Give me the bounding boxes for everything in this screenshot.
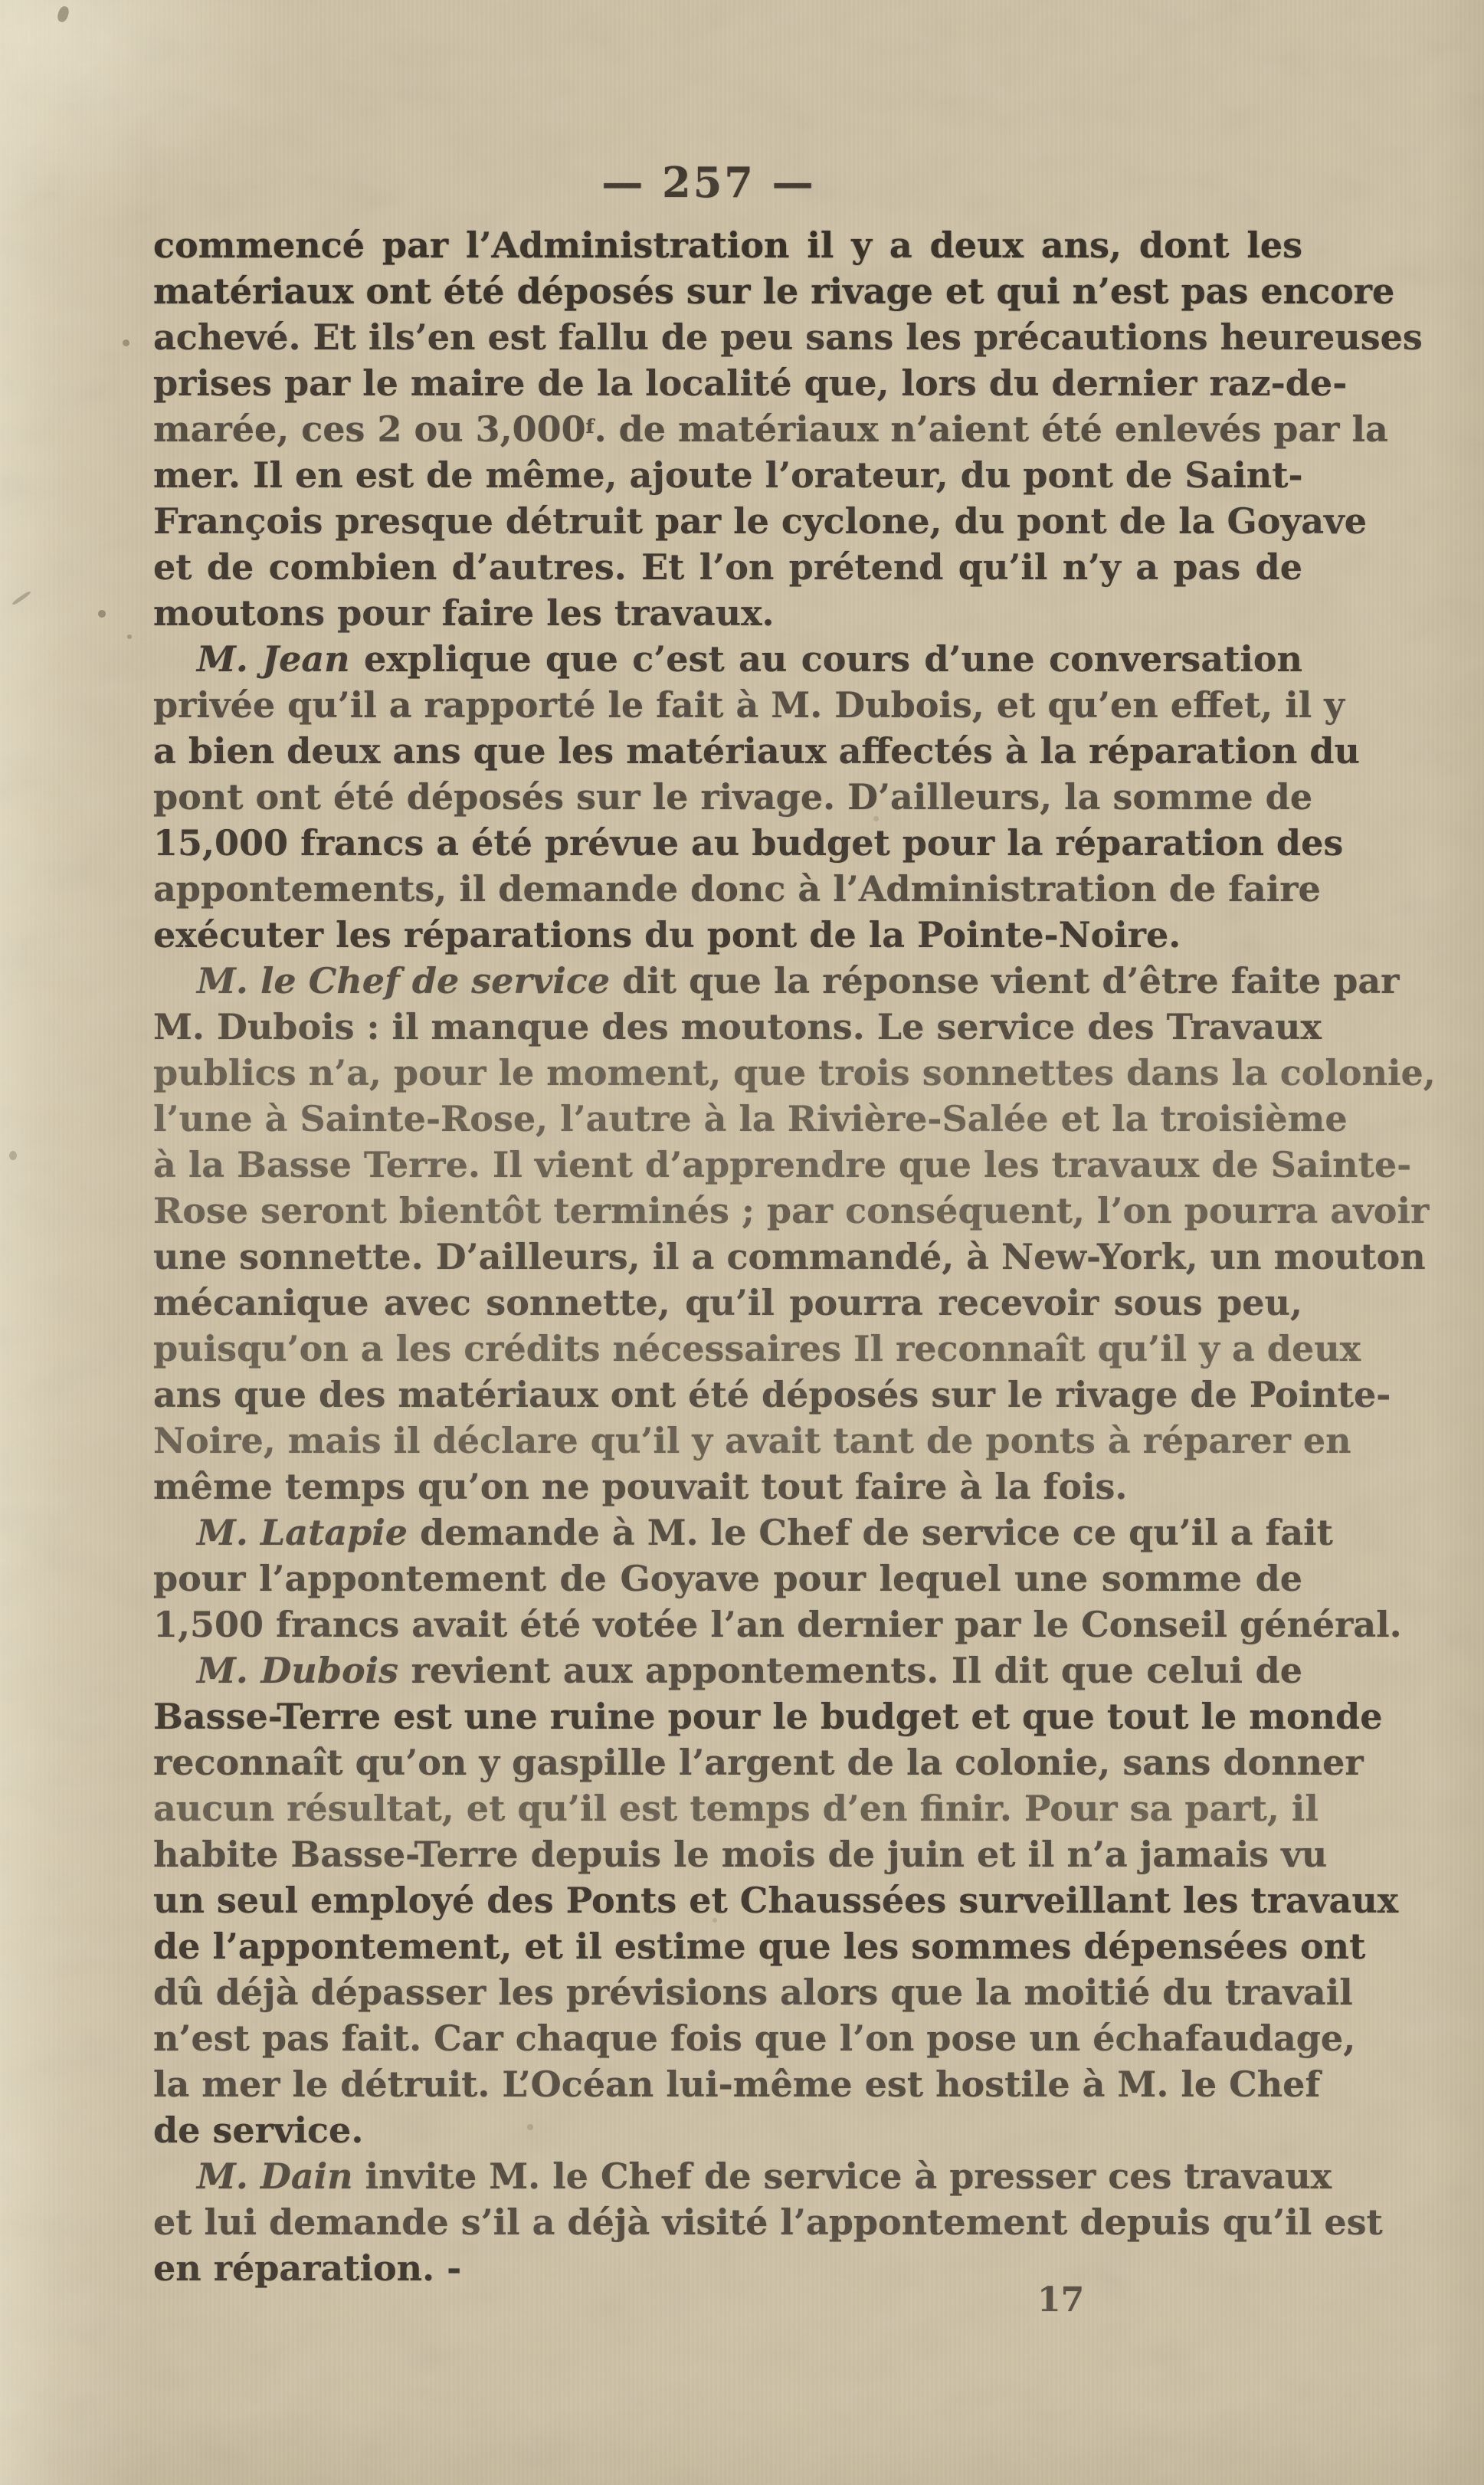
text-line: l’une à Sainte-Rose, l’autre à la Rivièr… <box>153 1096 1302 1142</box>
text-column: commencé par l’Administration il y a deu… <box>153 222 1302 2291</box>
scanned-page: — 257 — commencé par l’Administration il… <box>0 0 1484 2485</box>
text-line: Basse-Terre est une ruine pour le budget… <box>153 1693 1302 1739</box>
paper-speck <box>9 1151 17 1160</box>
text-line: Rose seront bientôt terminés ; par consé… <box>153 1188 1302 1234</box>
text-line: M. Jean explique que c’est au cours d’un… <box>153 636 1302 682</box>
text-line: marée, ces 2 ou 3,000f. de matériaux n’a… <box>153 406 1302 452</box>
paper-speck <box>127 634 132 639</box>
text-line: dû déjà dépasser les prévisions alors qu… <box>153 1969 1302 2015</box>
text-line: exécuter les réparations du pont de la P… <box>153 912 1302 958</box>
text-line: reconnaît qu’on y gaspille l’argent de l… <box>153 1739 1302 1785</box>
text-line: ans que des matériaux ont été déposés su… <box>153 1372 1302 1418</box>
text-line: aucun résultat, et qu’il est temps d’en … <box>153 1785 1302 1831</box>
text-line: M. Dubois revient aux appontements. Il d… <box>153 1647 1302 1693</box>
text-line: puisqu’on a les crédits nécessaires Il r… <box>153 1326 1302 1372</box>
text-line: à la Basse Terre. Il vient d’apprendre q… <box>153 1142 1302 1188</box>
text-line: a bien deux ans que les matériaux affect… <box>153 728 1302 774</box>
text-line: privée qu’il a rapporté le fait à M. Dub… <box>153 682 1302 728</box>
text-line: une sonnette. D’ailleurs, il a commandé,… <box>153 1234 1302 1280</box>
paper-speck <box>56 5 70 24</box>
text-line: en réparation. - <box>153 2245 1302 2291</box>
page-number: — 257 — <box>134 158 1283 207</box>
signature-number: 17 <box>1037 2280 1084 2319</box>
text-line: un seul employé des Ponts et Chaussées s… <box>153 1877 1302 1923</box>
text-line: moutons pour faire les travaux. <box>153 590 1302 636</box>
paper-speck <box>123 339 129 346</box>
text-line: de l’appontement, et il estime que les s… <box>153 1923 1302 1969</box>
text-line: commencé par l’Administration il y a deu… <box>153 222 1302 268</box>
text-line: 1,500 francs avait été votée l’an dernie… <box>153 1601 1302 1647</box>
text-line: achevé. Et ils’en est fallu de peu sans … <box>153 314 1302 360</box>
text-line: la mer le détruit. L’Océan lui-même est … <box>153 2061 1302 2107</box>
text-line: appontements, il demande donc à l’Admini… <box>153 866 1302 912</box>
text-line: prises par le maire de la localité que, … <box>153 360 1302 406</box>
text-line: mécanique avec sonnette, qu’il pourra re… <box>153 1280 1302 1326</box>
text-line: et de combien d’autres. Et l’on prétend … <box>153 544 1302 590</box>
text-line: et lui demande s’il a déjà visité l’appo… <box>153 2199 1302 2245</box>
text-line: M. Latapie demande à M. le Chef de servi… <box>153 1510 1302 1556</box>
paper-speck <box>11 590 31 605</box>
text-line: M. Dubois : il manque des moutons. Le se… <box>153 1004 1302 1050</box>
text-line: n’est pas fait. Car chaque fois que l’on… <box>153 2015 1302 2061</box>
text-line: publics n’a, pour le moment, que trois s… <box>153 1050 1302 1096</box>
text-line: François presque détruit par le cyclone,… <box>153 498 1302 544</box>
text-line: de service. <box>153 2107 1302 2153</box>
text-line: pour l’appontement de Goyave pour lequel… <box>153 1556 1302 1601</box>
paper-speck <box>98 610 106 618</box>
text-line: mer. Il en est de même, ajoute l’orateur… <box>153 452 1302 498</box>
text-line: M. le Chef de service dit que la réponse… <box>153 958 1302 1004</box>
text-line: pont ont été déposés sur le rivage. D’ai… <box>153 774 1302 820</box>
text-line: même temps qu’on ne pouvait tout faire à… <box>153 1464 1302 1510</box>
text-line: 15,000 francs a été prévue au budget pou… <box>153 820 1302 866</box>
text-line: matériaux ont été déposés sur le rivage … <box>153 268 1302 314</box>
text-line: Noire, mais il déclare qu’il y avait tan… <box>153 1418 1302 1464</box>
text-line: M. Dain invite M. le Chef de service à p… <box>153 2153 1302 2199</box>
text-line: habite Basse-Terre depuis le mois de jui… <box>153 1831 1302 1877</box>
